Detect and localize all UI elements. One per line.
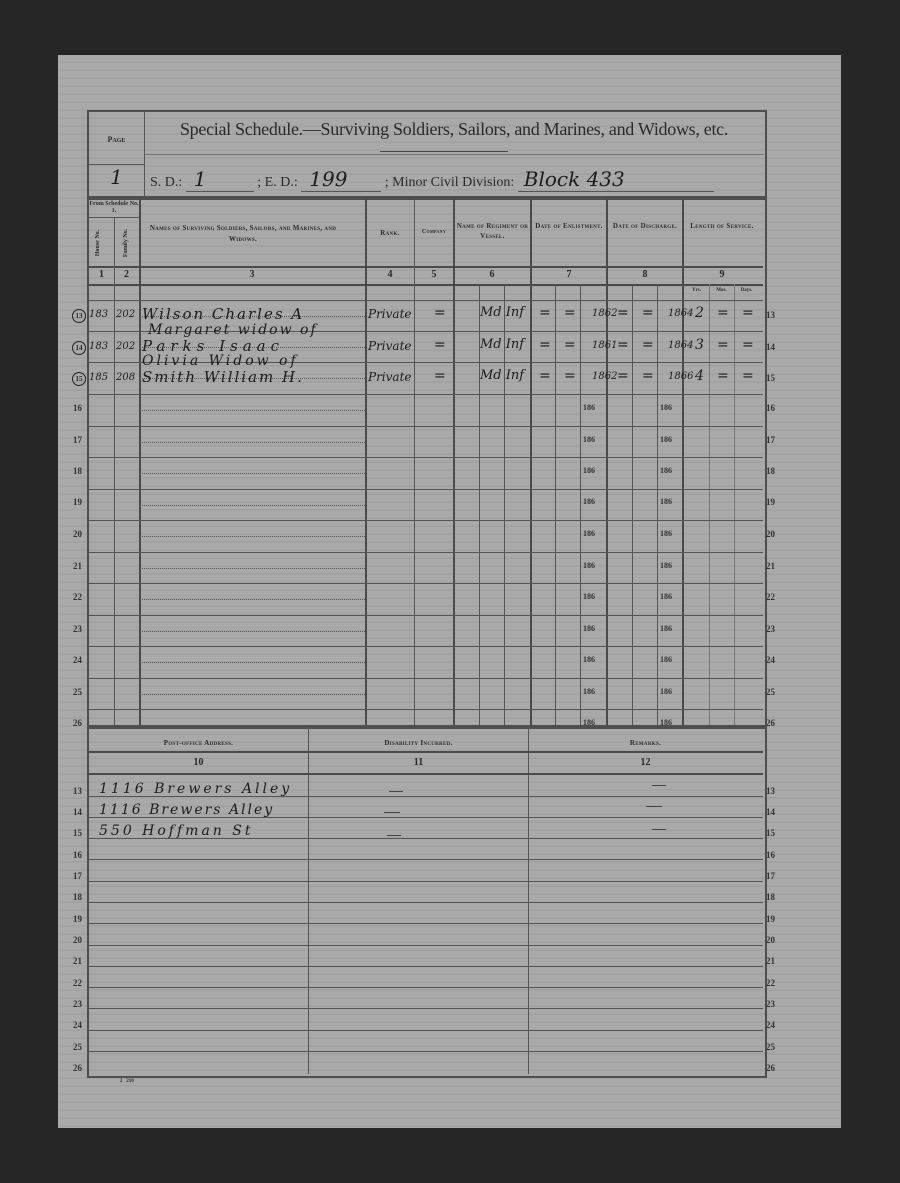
line-number: 26 (766, 1063, 775, 1073)
col-disability-label: Disability Incurred. (309, 739, 528, 747)
col-names-label: Names of Surviving Soldiers, Sailors, an… (148, 223, 338, 245)
line-number: 26 (73, 1063, 82, 1073)
sd-value: 1 (186, 167, 254, 192)
discharge-year: 1866 (668, 371, 693, 382)
line-number: 16 (766, 850, 775, 860)
col-num-4: 4 (366, 269, 414, 280)
line-number: 21 (73, 561, 82, 571)
rank: Private (368, 339, 412, 353)
col-num-2: 2 (114, 269, 139, 280)
line-number: 23 (766, 999, 775, 1009)
company: = (434, 368, 446, 384)
col-num-8: 8 (607, 269, 683, 280)
line-number: 23 (73, 624, 82, 634)
printed-year: 186 (660, 561, 672, 570)
line-number: 19 (73, 914, 82, 924)
service-days: = (742, 337, 754, 353)
col-enlistment-label: Date of Enlistment. (532, 221, 606, 231)
col-num-6: 6 (454, 269, 530, 280)
header-fields: S. D.: 1 ; E. D.: 199 ; Minor Civil Divi… (150, 167, 760, 193)
col-num-10: 10 (89, 757, 308, 768)
line-number: 24 (73, 1020, 82, 1030)
line-number: 16 (73, 850, 82, 860)
enlist-day: = (564, 337, 576, 353)
printed-year: 186 (660, 655, 672, 664)
discharge-year: 1864 (668, 308, 693, 319)
printed-year: 186 (660, 624, 672, 633)
col-num-5: 5 (415, 269, 453, 280)
subcol-yrs: Yrs. (684, 288, 709, 293)
service-days: = (742, 305, 754, 321)
house-no: 183 (89, 341, 108, 352)
line-circle-15: 15 (72, 372, 86, 386)
enlist-day: = (564, 368, 576, 384)
printed-year: 186 (660, 466, 672, 475)
soldier-name: Wilson Charles A (142, 305, 304, 323)
service-months: = (717, 337, 729, 353)
col-num-7: 7 (531, 269, 607, 280)
line-number: 13 (73, 786, 82, 796)
line-number: 17 (73, 871, 82, 881)
page-number: 1 (89, 165, 144, 189)
line-number: 13 (766, 786, 775, 796)
enlist-year: 1861 (592, 340, 617, 351)
post-office-address: 1116 Brewers Alley (99, 781, 292, 797)
line-number: 20 (73, 529, 82, 539)
line-number: 26 (766, 718, 775, 728)
discharge-day: = (642, 337, 654, 353)
service-months: = (717, 305, 729, 321)
col-address-label: Post-office Address. (89, 739, 308, 747)
family-no: 202 (116, 341, 135, 352)
remarks-dash (652, 829, 666, 830)
regiment: Md Inf (480, 368, 524, 383)
col-num-9: 9 (683, 269, 761, 280)
col-house-no-label: House No. (95, 213, 101, 273)
line-number: 14 (766, 807, 775, 817)
service-years: 4 (695, 368, 704, 384)
printed-year: 186 (583, 687, 595, 696)
line-number: 15 (766, 828, 775, 838)
line-number: 15 (73, 828, 82, 838)
line-number: 23 (766, 624, 775, 634)
line-circle-13: 13 (72, 309, 86, 323)
enlist-month: = (539, 337, 551, 353)
line-number: 18 (73, 466, 82, 476)
address-row: 550 Hoffman St (89, 823, 763, 841)
line-number: 22 (73, 978, 82, 988)
service-years: 3 (695, 337, 704, 353)
col-num-3: 3 (139, 269, 365, 280)
rank: Private (368, 370, 412, 384)
line-number: 21 (73, 956, 82, 966)
line-number: 25 (73, 1042, 82, 1052)
printed-year: 186 (583, 529, 595, 538)
remarks-dash (652, 785, 666, 786)
printed-year: 186 (660, 592, 672, 601)
ed-value: 199 (301, 167, 381, 192)
col-service-label: Length of Service. (684, 221, 760, 231)
disability-dash (389, 791, 403, 792)
line-number: 17 (766, 435, 775, 445)
printed-year: 186 (583, 655, 595, 664)
regiment: Md Inf (480, 337, 524, 352)
col-rank-label: Rank. (366, 229, 414, 237)
enlist-month: = (539, 305, 551, 321)
printed-year: 186 (583, 497, 595, 506)
printed-year: 186 (583, 624, 595, 633)
line-number: 19 (73, 497, 82, 507)
line-number: 22 (766, 592, 775, 602)
post-office-address: 550 Hoffman St (99, 823, 253, 839)
line-number: 21 (766, 956, 775, 966)
service-years: 2 (695, 305, 704, 321)
printed-year: 186 (660, 529, 672, 538)
line-number: 18 (766, 466, 775, 476)
regiment: Md Inf (480, 305, 524, 320)
printer-imprint: 2 210 (120, 1079, 134, 1084)
disability-dash (387, 835, 401, 836)
line-number: 16 (73, 403, 82, 413)
line-number: 15 (766, 373, 775, 383)
enlist-day: = (564, 305, 576, 321)
address-row: 1116 Brewers Alley — (89, 781, 763, 799)
service-days: = (742, 368, 754, 384)
line-number: 19 (766, 914, 775, 924)
line-number: 17 (766, 871, 775, 881)
table-row: 15 185 208 Smith William H. Private = Md… (72, 368, 762, 390)
census-sheet: Page 1 Special Schedule.—Surviving Soldi… (58, 55, 841, 1128)
ed-label: ; E. D.: (257, 175, 297, 190)
col-num-11: 11 (309, 757, 528, 768)
printed-year: 186 (660, 403, 672, 412)
house-no: 185 (89, 372, 108, 383)
discharge-month: = (617, 305, 629, 321)
line-number: 24 (766, 655, 775, 665)
subcol-mos: Mos. (709, 288, 734, 293)
discharge-year: 1864 (668, 340, 693, 351)
rank: Private (368, 307, 412, 321)
printed-year: 186 (583, 403, 595, 412)
line-number: 20 (73, 935, 82, 945)
line-number: 18 (73, 892, 82, 902)
line-number: 25 (73, 687, 82, 697)
line-number: 25 (766, 687, 775, 697)
family-no: 202 (116, 309, 135, 320)
line-number: 22 (766, 978, 775, 988)
discharge-month: = (617, 368, 629, 384)
line-circle-14: 14 (72, 341, 86, 355)
house-no: 183 (89, 309, 108, 320)
printed-year: 186 (583, 561, 595, 570)
soldier-name: Smith William H. (142, 368, 304, 386)
line-number: 19 (766, 497, 775, 507)
printed-year: 186 (660, 687, 672, 696)
mcd-label: ; Minor Civil Division: (385, 175, 515, 190)
printed-year: 186 (660, 497, 672, 506)
remarks-dash (646, 806, 662, 807)
line-number: 16 (766, 403, 775, 413)
line-number: 14 (766, 342, 775, 352)
col-family-no-label: Family No. (123, 213, 129, 273)
company: = (434, 305, 446, 321)
line-number: 20 (766, 529, 775, 539)
discharge-day: = (642, 368, 654, 384)
line-number: 20 (766, 935, 775, 945)
printed-year: 186 (583, 435, 595, 444)
service-months: = (717, 368, 729, 384)
family-no: 208 (116, 372, 135, 383)
discharge-month: = (617, 337, 629, 353)
discharge-day: = (642, 305, 654, 321)
line-number: 21 (766, 561, 775, 571)
disability-dash (384, 812, 400, 813)
line-number: 25 (766, 1042, 775, 1052)
schedule-title: Special Schedule.—Surviving Soldiers, Sa… (148, 119, 760, 140)
line-number: 17 (73, 435, 82, 445)
line-number: 23 (73, 999, 82, 1009)
col-num-1: 1 (89, 269, 114, 280)
col-remarks-label: Remarks. (529, 739, 762, 747)
printed-year: 186 (583, 466, 595, 475)
page-label: Page (89, 135, 144, 144)
enlist-month: = (539, 368, 551, 384)
address-row: 1116 Brewers Alley (89, 802, 763, 820)
company: = (434, 337, 446, 353)
post-office-address: 1116 Brewers Alley (99, 802, 274, 818)
col-company-label: Company (414, 229, 454, 235)
line-number: 24 (73, 655, 82, 665)
enlist-year: 1862 (592, 371, 617, 382)
name-annotation-15: Olivia Widow of (142, 353, 299, 369)
sd-label: S. D.: (150, 175, 182, 190)
enlist-year: 1862 (592, 308, 617, 319)
printed-year: 186 (583, 592, 595, 601)
printed-year: 186 (660, 435, 672, 444)
line-number: 13 (766, 310, 775, 320)
line-number: 14 (73, 807, 82, 817)
col-regiment-label: Name of Regiment or Vessel. (455, 221, 530, 241)
col-discharge-label: Date of Discharge. (608, 221, 682, 231)
name-annotation-14: Margaret widow of (148, 322, 318, 338)
line-number: 22 (73, 592, 82, 602)
line-number: 26 (73, 718, 82, 728)
line-number: 24 (766, 1020, 775, 1030)
mcd-value: Block 433 (518, 167, 714, 192)
line-number: 18 (766, 892, 775, 902)
subcol-days: Days. (734, 288, 759, 293)
col-num-12: 12 (529, 757, 762, 768)
